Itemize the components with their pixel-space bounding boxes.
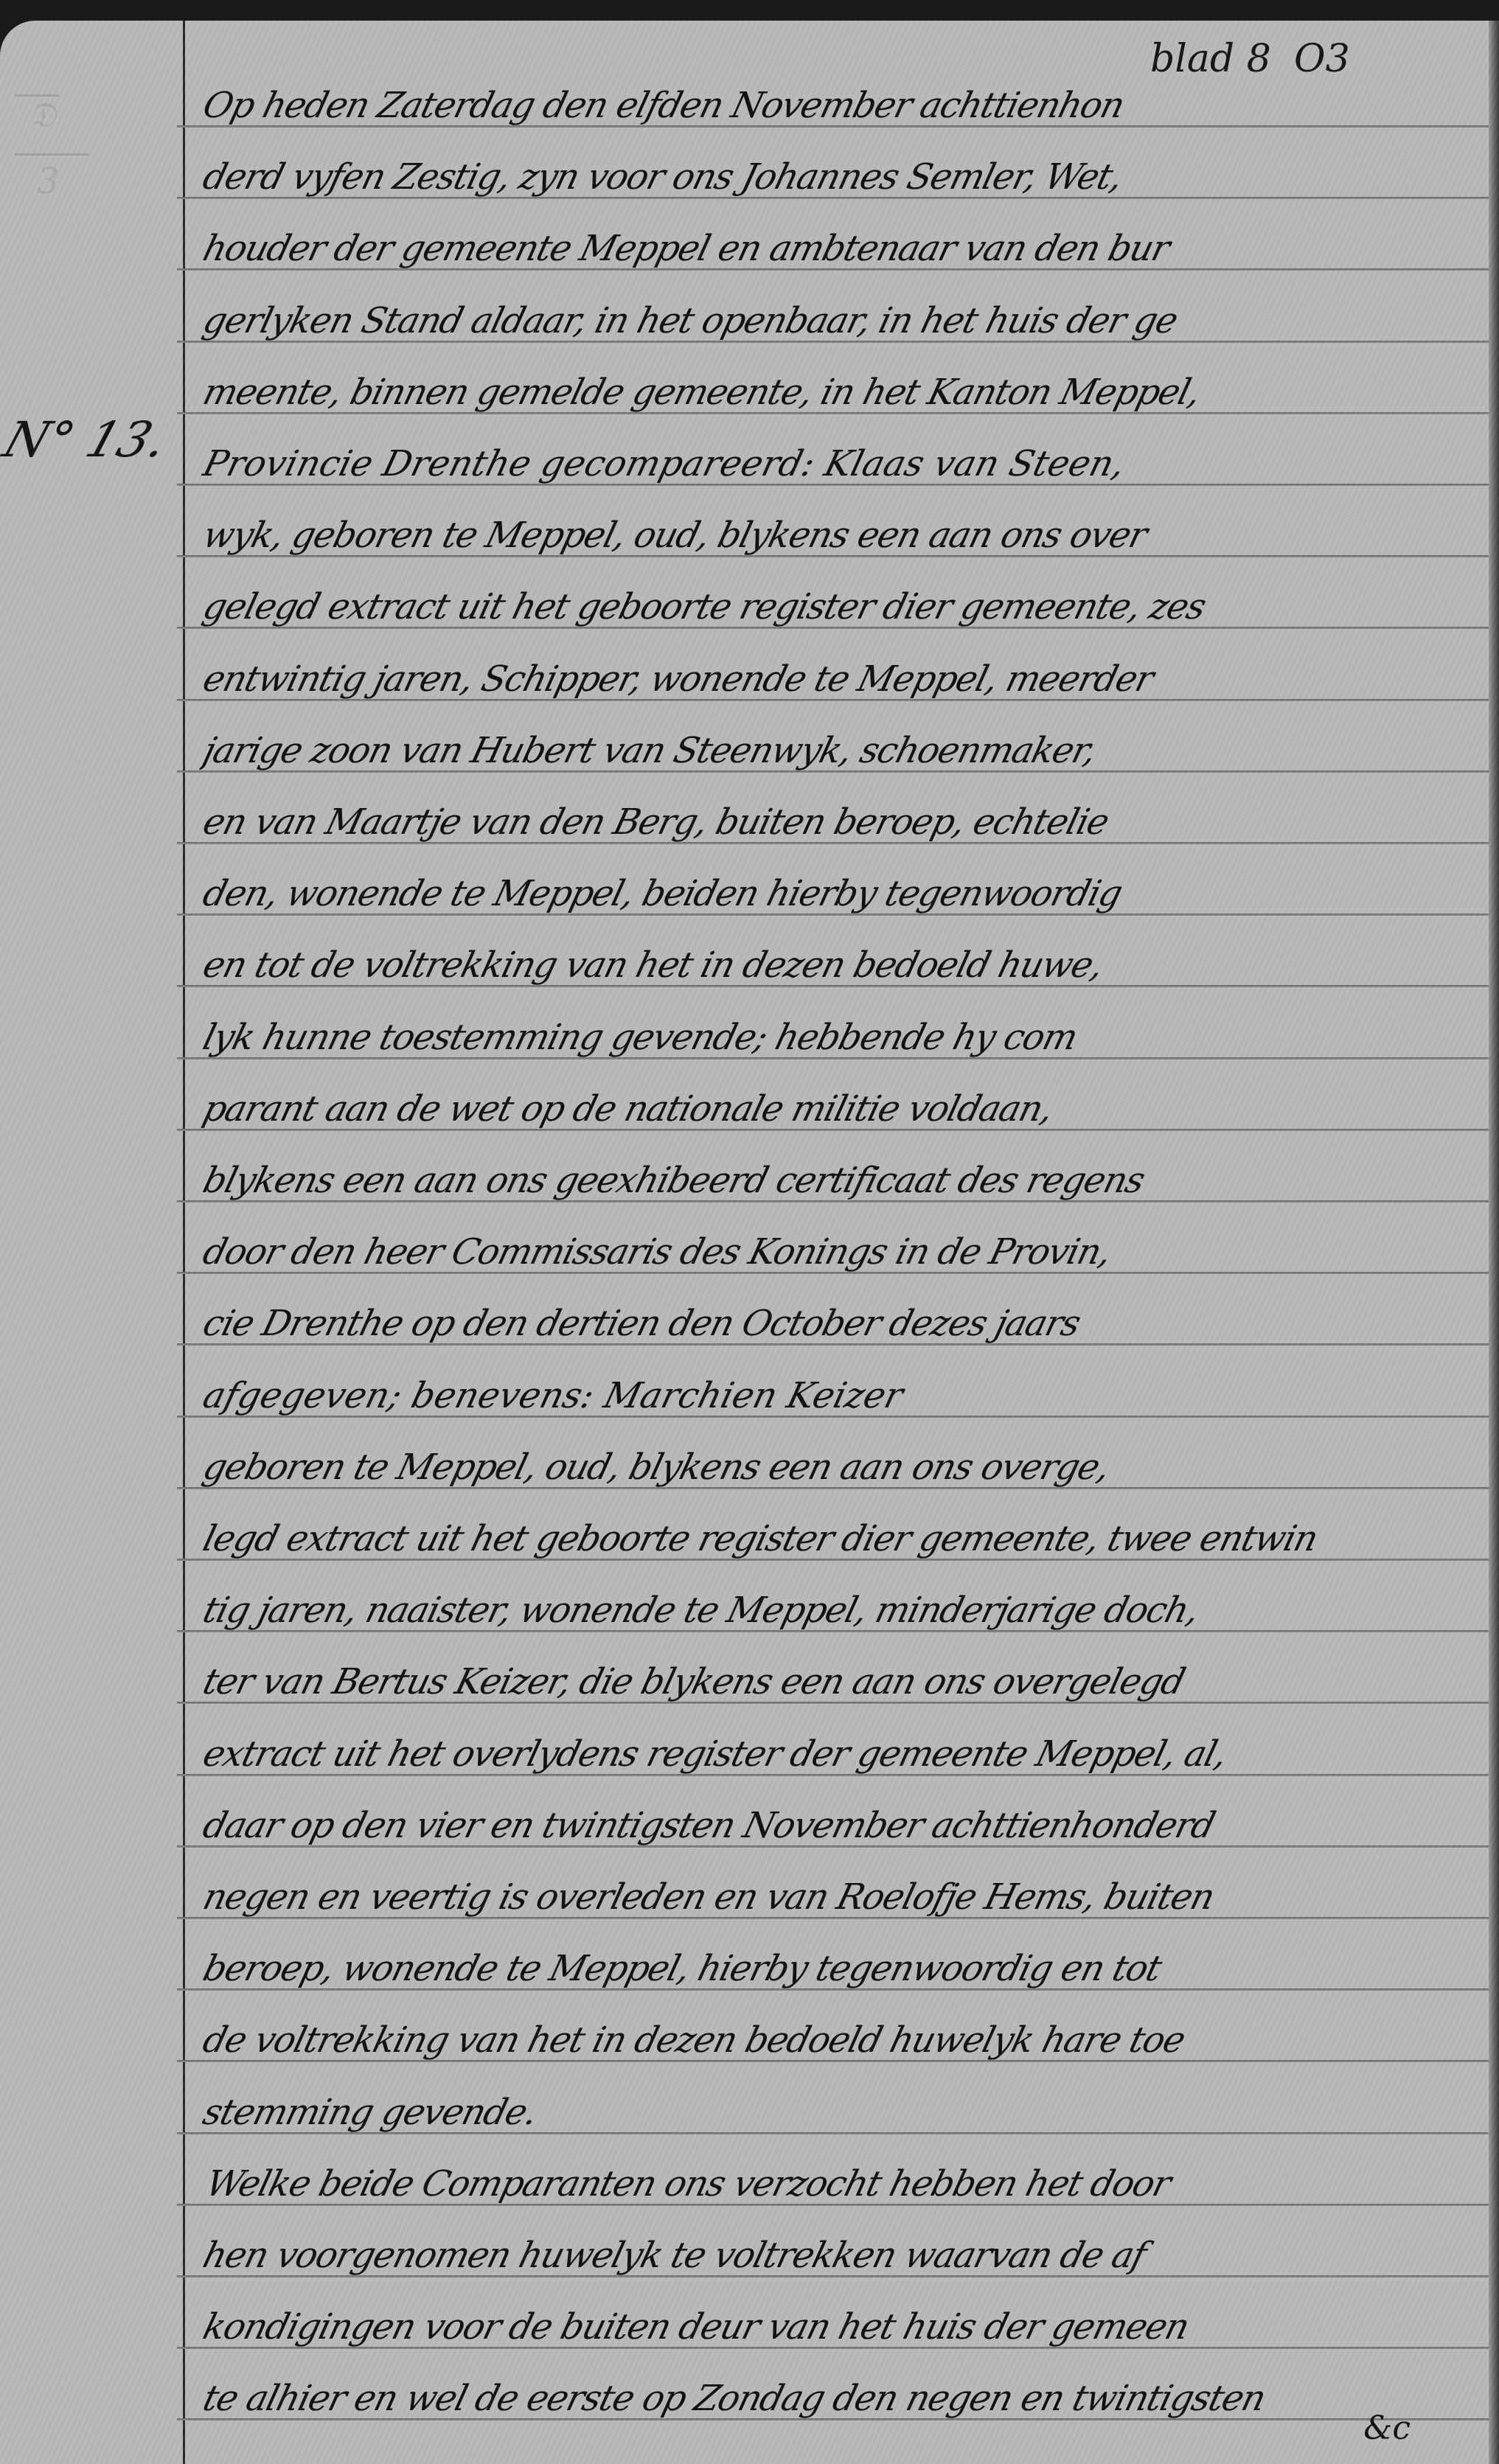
text-line: hen voorgenomen huwelyk te voltrekken wa… [198, 2230, 1486, 2281]
text-line: houder der gemeente Meppel en ambtenaar … [198, 223, 1486, 274]
text-line: en tot de voltrekking van het in dezen b… [198, 939, 1486, 991]
text-line: extract uit het overlydens register der … [198, 1728, 1486, 1780]
register-page: 𝔇 3 blad 8 O3 N° 13. Op heden Zaterdag d… [0, 21, 1499, 2464]
text-line: Op heden Zaterdag den elfden November ac… [198, 80, 1486, 131]
text-line: door den heer Commissaris des Konings in… [198, 1226, 1486, 1278]
text-line: daar op den vier en twintigsten November… [198, 1800, 1486, 1851]
text-line: blykens een aan ons geexhibeerd certific… [198, 1155, 1486, 1206]
text-line: negen en veertig is overleden en van Roe… [198, 1871, 1486, 1923]
text-line: de voltrekking van het in dezen bedoeld … [198, 2014, 1486, 2066]
text-line: tig jaren, naaister, wonende te Meppel, … [198, 1584, 1486, 1636]
text-line: geboren te Meppel, oud, blykens een aan … [198, 1441, 1486, 1493]
text-line: afgegeven; benevens: Marchien Keizer [198, 1370, 1486, 1421]
entry-number: N° 13. [0, 411, 175, 468]
text-line: meente, binnen gemelde gemeente, in het … [198, 366, 1486, 418]
continuation-mark: &c [1363, 2409, 1411, 2447]
text-line: wyk, geboren te Meppel, oud, blykens een… [198, 509, 1486, 561]
text-line: den, wonende te Meppel, beiden hierby te… [198, 868, 1486, 919]
text-line: te alhier en wel de eerste op Zondag den… [198, 2373, 1486, 2424]
text-line: Provincie Drenthe gecompareerd: Klaas va… [198, 438, 1486, 490]
text-line: beroep, wonende te Meppel, hierby tegenw… [198, 1943, 1486, 1994]
text-line: legd extract uit het geboorte register d… [198, 1513, 1486, 1565]
text-line: gerlyken Stand aldaar, in het openbaar, … [198, 295, 1486, 347]
text-line: stemming gevende. [198, 2087, 1486, 2138]
text-line: gelegd extract uit het geboorte register… [198, 581, 1486, 633]
text-line: en van Maartje van den Berg, buiten bero… [198, 796, 1486, 848]
text-line: parant aan de wet op de nationale militi… [198, 1083, 1486, 1135]
text-line: cie Drenthe op den dertien den October d… [198, 1298, 1486, 1349]
text-line: jarige zoon van Hubert van Steenwyk, sch… [198, 725, 1486, 776]
page-edge-shadow [1489, 21, 1499, 2464]
text-line: kondigingen voor de buiten deur van het … [198, 2301, 1486, 2353]
text-line: derd vyfen Zestig, zyn voor ons Johannes… [198, 151, 1486, 203]
text-line: ter van Bertus Keizer, die blykens een a… [198, 1656, 1486, 1708]
text-line: lyk hunne toestemming gevende; hebbende … [198, 1012, 1486, 1063]
embossed-stamp-icon: 𝔇 3 [15, 72, 96, 220]
text-line: entwintig jaren, Schipper, wonende te Me… [198, 653, 1486, 705]
register-text: Op heden Zaterdag den elfden November ac… [184, 21, 1489, 2464]
text-line: Welke beide Comparanten ons verzocht heb… [201, 2158, 1486, 2210]
